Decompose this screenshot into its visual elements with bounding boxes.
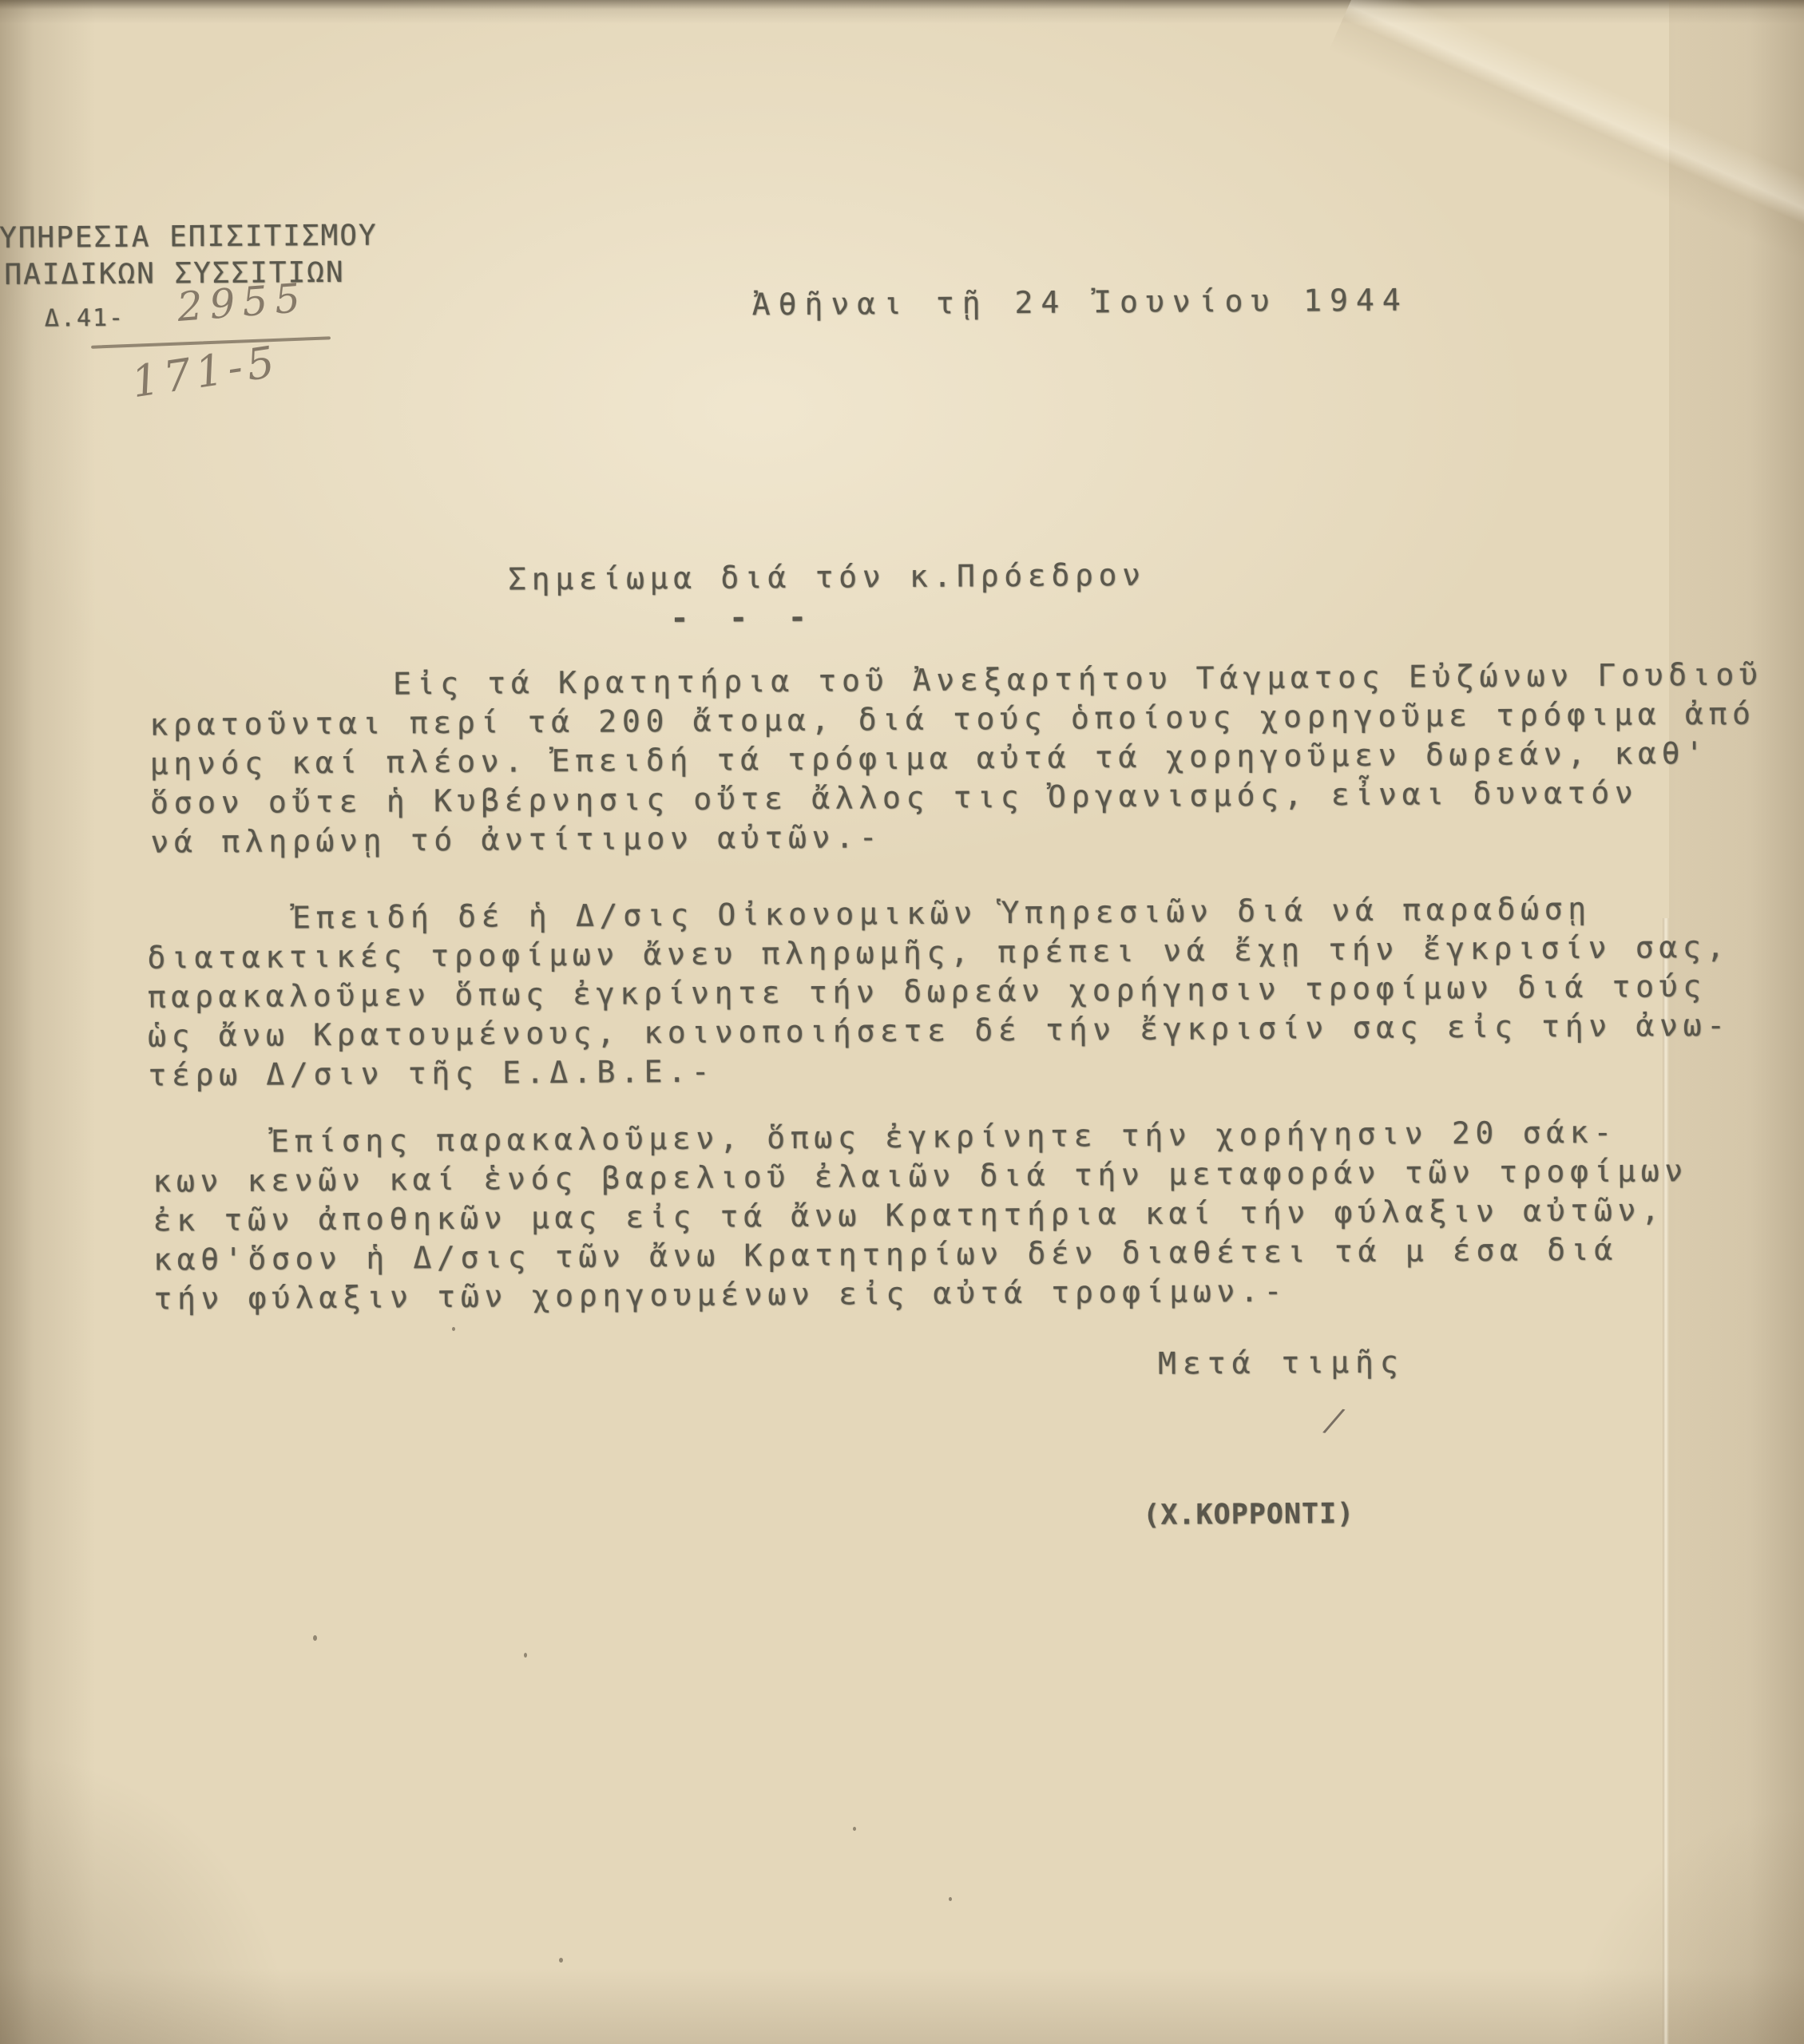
protocol-prefix: Δ.41-: [45, 304, 125, 333]
paragraph-1: Εἰς τά Κρατητήρια τοῦ Ἀνεξαρτήτου Τάγματ…: [149, 655, 1804, 862]
closing-salutation: Μετά τιμῆς: [1158, 1345, 1405, 1381]
letterhead-org-line1: ΥΠΗΡΕΣΙΑ ΕΠΙΣΙΤΙΣΜΟΥ: [0, 220, 378, 255]
typed-content-layer: ΥΠΗΡΕΣΙΑ ΕΠΙΣΙΤΙΣΜΟΥ ΠΑΙΔΙΚΩΝ ΣΥΣΣΙΤΙΩΝ …: [0, 0, 1804, 2044]
title-underline-dashes: - - -: [670, 600, 818, 636]
signature-name: (Χ.ΚΟΡΡΟΝΤΙ): [1143, 1498, 1354, 1531]
protocol-number-handwritten: 2955: [176, 275, 309, 331]
subject-title: Σημείωμα διά τόν κ.Πρόεδρον: [508, 557, 1146, 597]
file-number-handwritten: 171-5: [129, 336, 283, 407]
paragraph-3: Ἐπίσης παρακαλοῦμεν, ὅπως ἐγκρίνητε τήν …: [153, 1111, 1804, 1318]
paragraph-2: Ἐπειδή δέ ἡ Δ/σις Οἰκονομικῶν Ὑπηρεσιῶν …: [147, 888, 1804, 1095]
document-page: ΥΠΗΡΕΣΙΑ ΕΠΙΣΙΤΙΣΜΟΥ ΠΑΙΔΙΚΩΝ ΣΥΣΣΙΤΙΩΝ …: [0, 0, 1804, 2044]
pen-tick-mark: /: [1324, 1400, 1344, 1440]
dateline: Ἀθῆναι τῇ 24 Ἰουνίου 1944: [752, 283, 1409, 323]
